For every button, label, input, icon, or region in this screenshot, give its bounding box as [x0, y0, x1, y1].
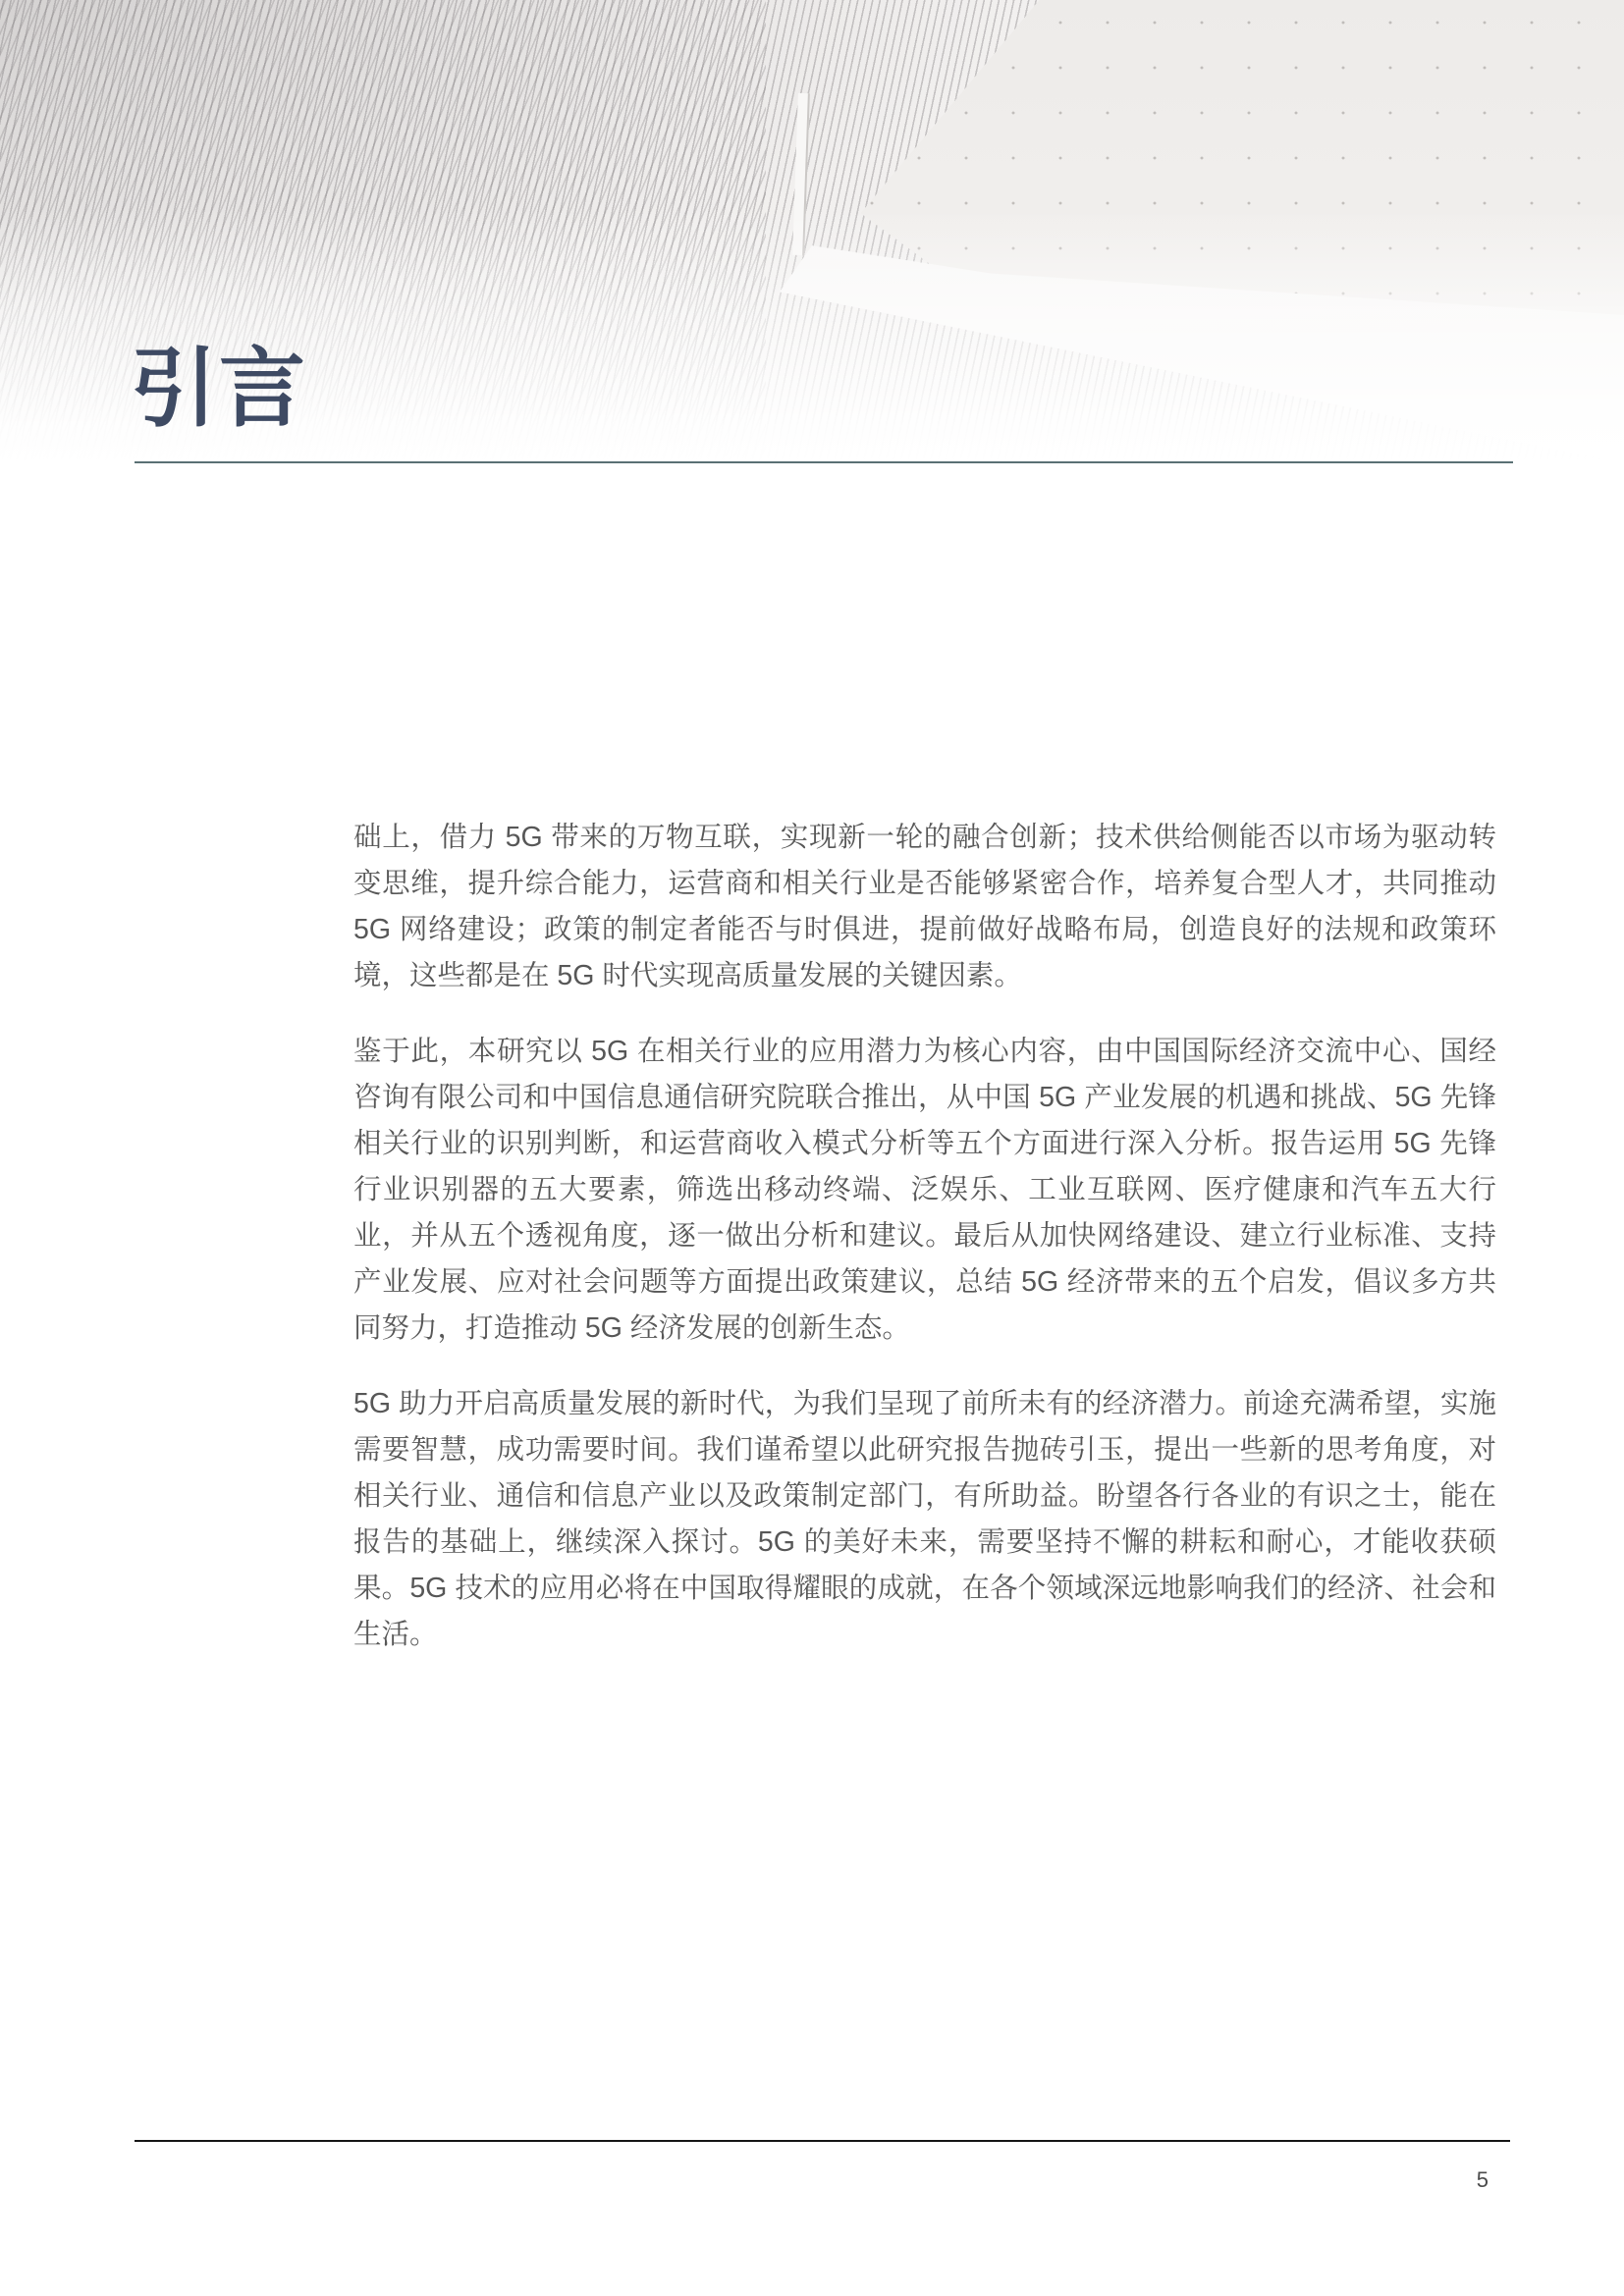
- paragraph-2: 鉴于此，本研究以 5G 在相关行业的应用潜力为核心内容，由中国国际经济交流中心、…: [353, 1029, 1496, 1352]
- paragraph-1: 础上，借力 5G 带来的万物互联，实现新一轮的融合创新；技术供给侧能否以市场为驱…: [353, 815, 1496, 999]
- title-divider: [135, 461, 1513, 463]
- report-page: 引言 础上，借力 5G 带来的万物互联，实现新一轮的融合创新；技术供给侧能否以市…: [0, 0, 1624, 2296]
- body-text: 础上，借力 5G 带来的万物互联，实现新一轮的融合创新；技术供给侧能否以市场为驱…: [353, 815, 1496, 1658]
- page-title: 引言: [131, 346, 307, 432]
- page-number: 5: [1375, 2167, 1489, 2193]
- paragraph-3: 5G 助力开启高质量发展的新时代，为我们呈现了前所未有的经济潜力。前途充满希望，…: [353, 1381, 1496, 1658]
- footer-divider: [135, 2140, 1510, 2142]
